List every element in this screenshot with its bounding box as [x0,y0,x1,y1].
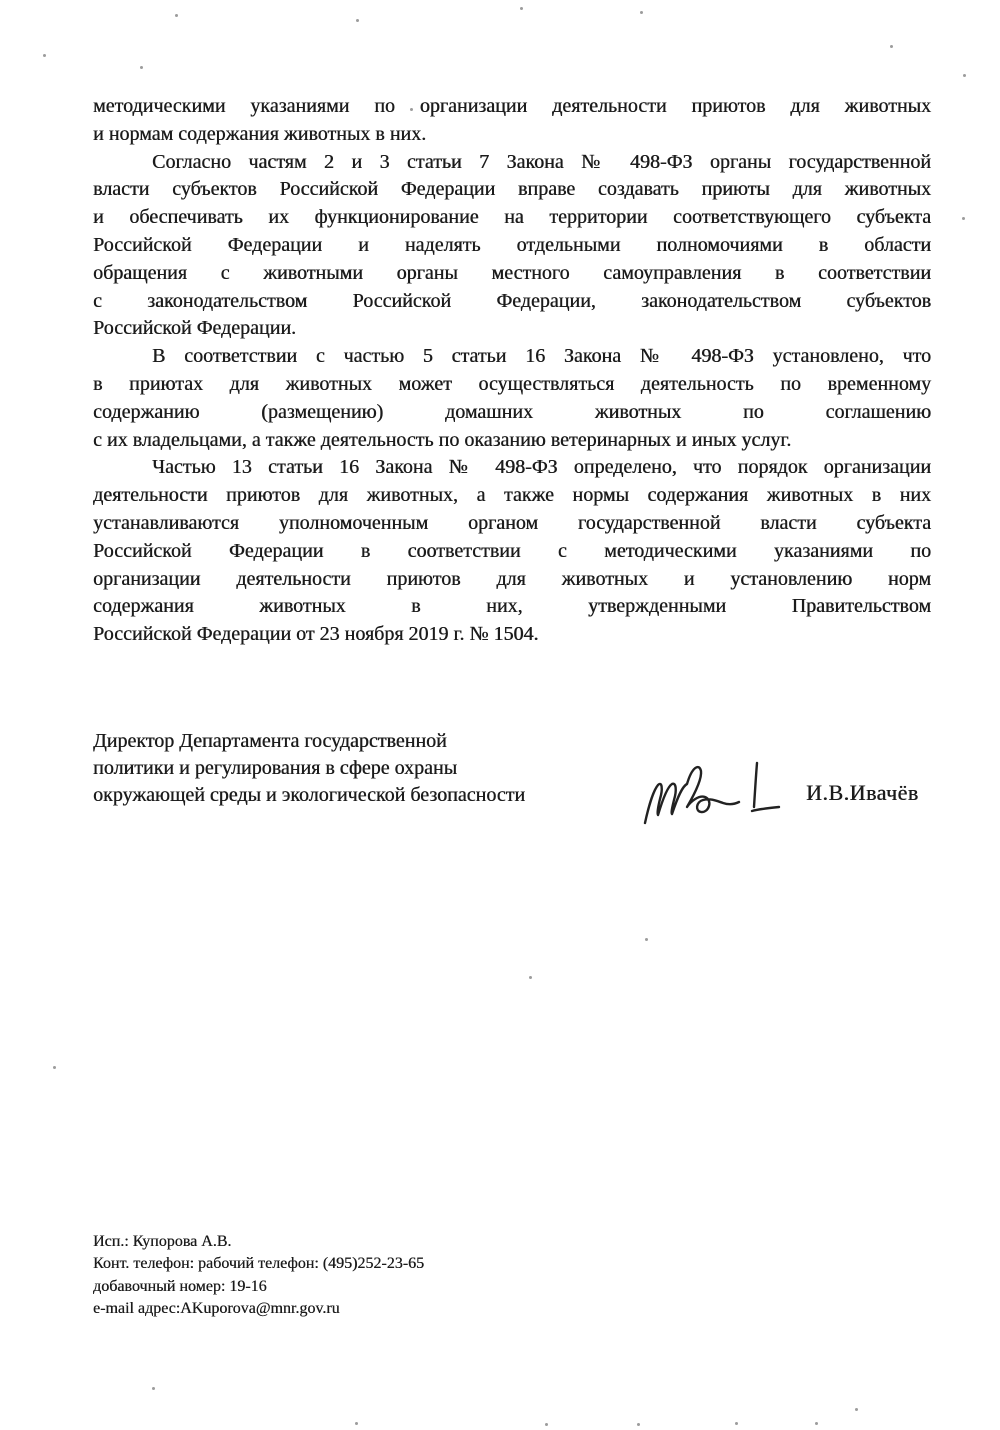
signature-title-line: Директор Департамента государственной [93,728,613,755]
body-text-line: и обеспечивать их функционирование на те… [93,204,931,232]
scan-speck [152,1387,155,1390]
body-text-line: Российской Федерации от 23 ноября 2019 г… [93,621,931,649]
footer-line: добавочный номер: 19-16 [93,1276,424,1298]
body-text-line: В соответствии с частью 5 статьи 16 Зако… [93,343,931,371]
body-text-line: и нормам содержания животных в них. [93,121,931,149]
body-text-line: с законодательством Российской Федерации… [93,288,931,316]
body-text-line: обращения с животными органы местного са… [93,260,931,288]
scan-speck [175,14,178,17]
document-body: методическими указаниями по организации … [93,93,931,649]
scan-speck [640,11,643,14]
signer-name: И.В.Ивачёв [806,780,919,806]
body-text-line: методическими указаниями по организации … [93,93,931,121]
body-text-line: Российской Федерации в соответствии с ме… [93,538,931,566]
scan-speck [855,1408,858,1411]
scan-speck [645,938,648,941]
body-text-line: деятельности приютов для животных, а так… [93,482,931,510]
scan-speck [637,1423,640,1426]
footer-line: Конт. телефон: рабочий телефон: (495)252… [93,1253,424,1275]
paragraph: Согласно частям 2 и 3 статьи 7 Закона № … [93,149,931,344]
scan-speck [410,108,413,111]
scan-speck [53,1066,56,1069]
scan-speck [962,217,965,220]
signature-title-line: политики и регулирования в сфере охраны [93,755,613,782]
body-text-line: Частью 13 статьи 16 Закона № 498-ФЗ опре… [93,454,931,482]
body-text-line: содержания животных в них, утвержденными… [93,593,931,621]
scan-speck [520,7,523,10]
paragraph: В соответствии с частью 5 статьи 16 Зако… [93,343,931,454]
scan-speck [43,54,46,57]
footer-line: Исп.: Купорова А.В. [93,1231,424,1253]
scan-speck [815,1422,818,1425]
body-text-line: Российской Федерации и наделять отдельны… [93,232,931,260]
scan-speck [529,976,532,979]
scan-speck [355,1422,358,1425]
scan-speck [356,19,359,22]
body-text-line: организации деятельности приютов для жив… [93,566,931,594]
scan-speck [963,74,966,77]
scanned-letter-page: методическими указаниями по организации … [0,0,1000,1430]
body-text-line: устанавливаются уполномоченным органом г… [93,510,931,538]
paragraph: Частью 13 статьи 16 Закона № 498-ФЗ опре… [93,454,931,649]
scan-speck [890,45,893,48]
body-text-line: власти субъектов Российской Федерации вп… [93,176,931,204]
footer-line: e-mail адрес:AKuporova@mnr.gov.ru [93,1298,424,1320]
handwritten-signature-icon [641,757,791,829]
scan-speck [140,66,143,69]
body-text-line: содержанию (размещению) домашних животны… [93,399,931,427]
signature-title: Директор Департамента государственнойпол… [93,728,613,809]
body-text-line: с их владельцами, а также деятельность п… [93,427,931,455]
scan-speck [545,1423,548,1426]
paragraph: методическими указаниями по организации … [93,93,931,149]
footer-contact: Исп.: Купорова А.В.Конт. телефон: рабочи… [93,1231,424,1321]
body-text-line: Российской Федерации. [93,315,931,343]
scan-speck [735,1422,738,1425]
body-text-line: Согласно частям 2 и 3 статьи 7 Закона № … [93,149,931,177]
signature-title-line: окружающей среды и экологической безопас… [93,782,613,809]
body-text-line: в приютах для животных может осуществлят… [93,371,931,399]
